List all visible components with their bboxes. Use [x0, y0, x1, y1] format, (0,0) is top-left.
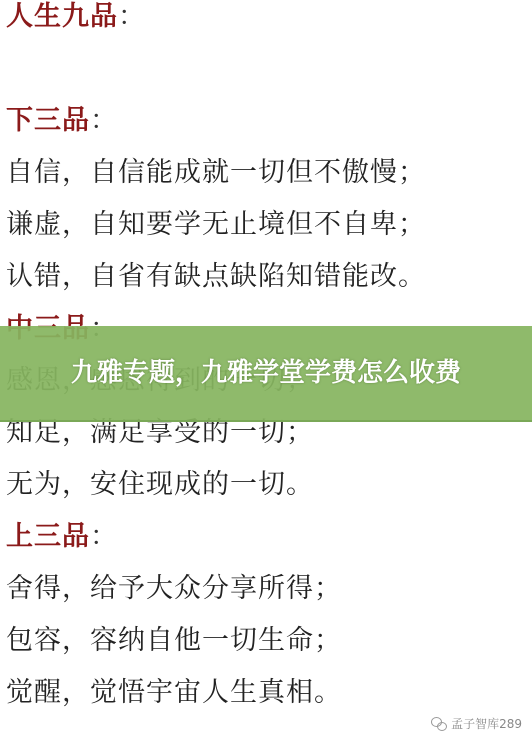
section-colon: ： [90, 521, 118, 552]
section-heading-lower: 下三品： [6, 104, 118, 138]
section-heading-text: 上三品 [6, 521, 90, 552]
section-line: 觉醒，觉悟宇宙人生真相。 [6, 676, 342, 710]
wechat-icon [431, 717, 447, 731]
section-line: 舍得，给予大众分享所得； [6, 572, 342, 606]
section-line: 无为，安住现成的一切。 [6, 468, 314, 502]
section-heading-upper: 上三品： [6, 520, 118, 554]
section-line: 认错，自省有缺点缺陷知错能改。 [6, 260, 426, 294]
banner-title: 九雅专题，九雅学堂学费怎么收费 [56, 356, 476, 390]
section-line: 自信，自信能成就一切但不傲慢； [6, 156, 426, 190]
section-heading-text: 下三品 [6, 105, 90, 136]
watermark: 孟子智库289 [431, 715, 522, 732]
page-title: 人生九品： [6, 0, 146, 34]
watermark-text: 孟子智库289 [451, 715, 522, 732]
section-line: 谦虚，自知要学无止境但不自卑； [6, 208, 426, 242]
section-line: 包容，容纳自他一切生命； [6, 624, 342, 658]
page-title-text: 人生九品 [6, 1, 118, 32]
title-colon: ： [118, 1, 146, 32]
title-banner: 九雅专题，九雅学堂学费怎么收费 [0, 326, 532, 422]
section-colon: ： [90, 105, 118, 136]
